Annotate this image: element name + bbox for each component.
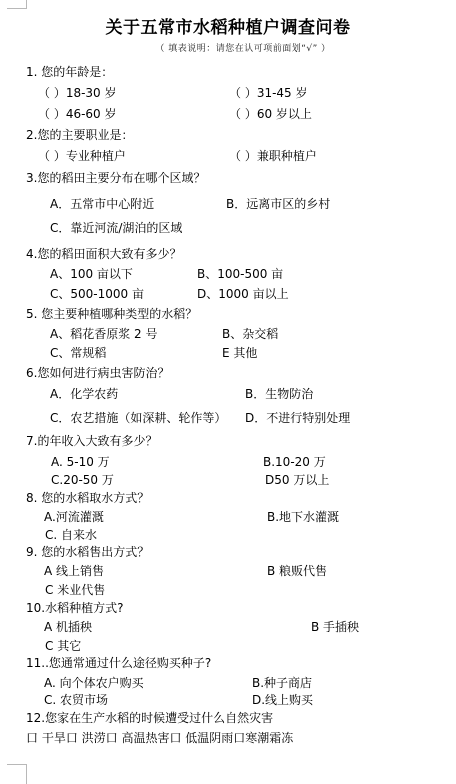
question-8-label: 8. 您的水稻取水方式？ xyxy=(26,490,149,506)
question-4-option-a[interactable]: A、100 亩以下 xyxy=(50,266,133,282)
question-10-label: 10.水稻种植方式? xyxy=(26,600,123,616)
question-9-option-a[interactable]: A 线上销售 xyxy=(44,563,104,579)
question-11-option-a[interactable]: A. 向个体农户购买 xyxy=(44,675,144,691)
question-7-option-c[interactable]: C.20-50 万 xyxy=(51,472,114,488)
question-7-label: 7.的年收入大致有多少？ xyxy=(26,433,157,449)
question-2-option-b[interactable]: （ ）兼职种植户 xyxy=(229,148,317,164)
question-11-option-b[interactable]: B.种子商店 xyxy=(252,675,312,691)
question-11-label: 11..您通常通过什么途径购买种子? xyxy=(26,655,211,671)
question-1-option-c[interactable]: （ ）46-60 岁 xyxy=(38,106,117,122)
question-5-option-a[interactable]: A、稻花香原浆 2 号 xyxy=(50,326,157,342)
question-7-option-d[interactable]: D50 万以上 xyxy=(265,472,329,488)
question-3-option-b[interactable]: B．远离市区的乡村 xyxy=(226,196,330,212)
question-6-option-d[interactable]: D．不进行特别处理 xyxy=(245,410,350,426)
question-5-option-b[interactable]: B、杂交稻 xyxy=(222,326,278,342)
document-instructions: （ 填表说明：请您在认可项前面划“√” ） xyxy=(0,41,456,54)
question-10-option-c[interactable]: C 其它 xyxy=(45,638,81,654)
question-10-option-a[interactable]: A 机插秧 xyxy=(44,619,92,635)
question-8-option-b[interactable]: B.地下水灌溉 xyxy=(267,509,339,525)
question-3-option-c[interactable]: C．靠近河流/湖泊的区域 xyxy=(50,220,182,236)
question-1-option-d[interactable]: （ ）60 岁以上 xyxy=(229,106,312,122)
question-3-label: 3.您的稻田主要分布在哪个区域？ xyxy=(26,170,205,186)
question-6-option-c[interactable]: C．农艺措施（如深耕、轮作等） xyxy=(50,410,226,426)
question-10-option-b[interactable]: B 手插秧 xyxy=(311,619,359,635)
question-7-option-a[interactable]: A. 5-10 万 xyxy=(51,454,110,470)
question-4-label: 4.您的稻田面积大致有多少？ xyxy=(26,246,181,262)
question-2-option-a[interactable]: （ ）专业种植户 xyxy=(38,148,126,164)
question-4-option-b[interactable]: B、100-500 亩 xyxy=(197,266,283,282)
page-corner-mark-bottom xyxy=(7,764,27,784)
question-11-option-c[interactable]: C. 农贸市场 xyxy=(44,692,108,708)
question-6-option-b[interactable]: B．生物防治 xyxy=(245,386,313,402)
question-12-checkbox-options[interactable]: 口 干旱口 洪涝口 高温热害口 低温阴雨口寒潮霜冻 xyxy=(26,730,293,746)
question-6-option-a[interactable]: A．化学农药 xyxy=(50,386,118,402)
question-6-label: 6.您如何进行病虫害防治？ xyxy=(26,365,169,381)
question-3-option-a[interactable]: A．五常市中心附近 xyxy=(50,196,154,212)
question-8-option-c[interactable]: C. 自来水 xyxy=(45,527,97,543)
question-2-label: 2.您的主要职业是： xyxy=(26,127,133,143)
question-5-option-e[interactable]: E 其他 xyxy=(222,345,257,361)
question-12-label: 12.您家在生产水稻的时候遭受过什么自然灾害 xyxy=(26,710,273,726)
question-1-option-a[interactable]: （ ）18-30 岁 xyxy=(38,85,117,101)
question-9-label: 9. 您的水稻售出方式？ xyxy=(26,544,149,560)
document-title: 关于五常市水稻种植户调查问卷 xyxy=(0,13,456,38)
question-4-option-d[interactable]: D、1000 亩以上 xyxy=(197,286,289,302)
question-5-option-c[interactable]: C、常规稻 xyxy=(50,345,106,361)
question-7-option-b[interactable]: B.10-20 万 xyxy=(263,454,326,470)
question-11-option-d[interactable]: D.线上购买 xyxy=(252,692,313,708)
question-4-option-c[interactable]: C、500-1000 亩 xyxy=(50,286,144,302)
page-corner-mark-top xyxy=(7,0,27,9)
question-8-option-a[interactable]: A.河流灌溉 xyxy=(44,509,104,525)
question-9-option-c[interactable]: C 米业代售 xyxy=(45,582,105,598)
question-1-label: 1. 您的年龄是： xyxy=(26,64,113,80)
question-5-label: 5. 您主要种植哪种类型的水稻？ xyxy=(26,306,197,322)
question-9-option-b[interactable]: B 粮贩代售 xyxy=(267,563,327,579)
question-1-option-b[interactable]: （ ）31-45 岁 xyxy=(229,85,308,101)
